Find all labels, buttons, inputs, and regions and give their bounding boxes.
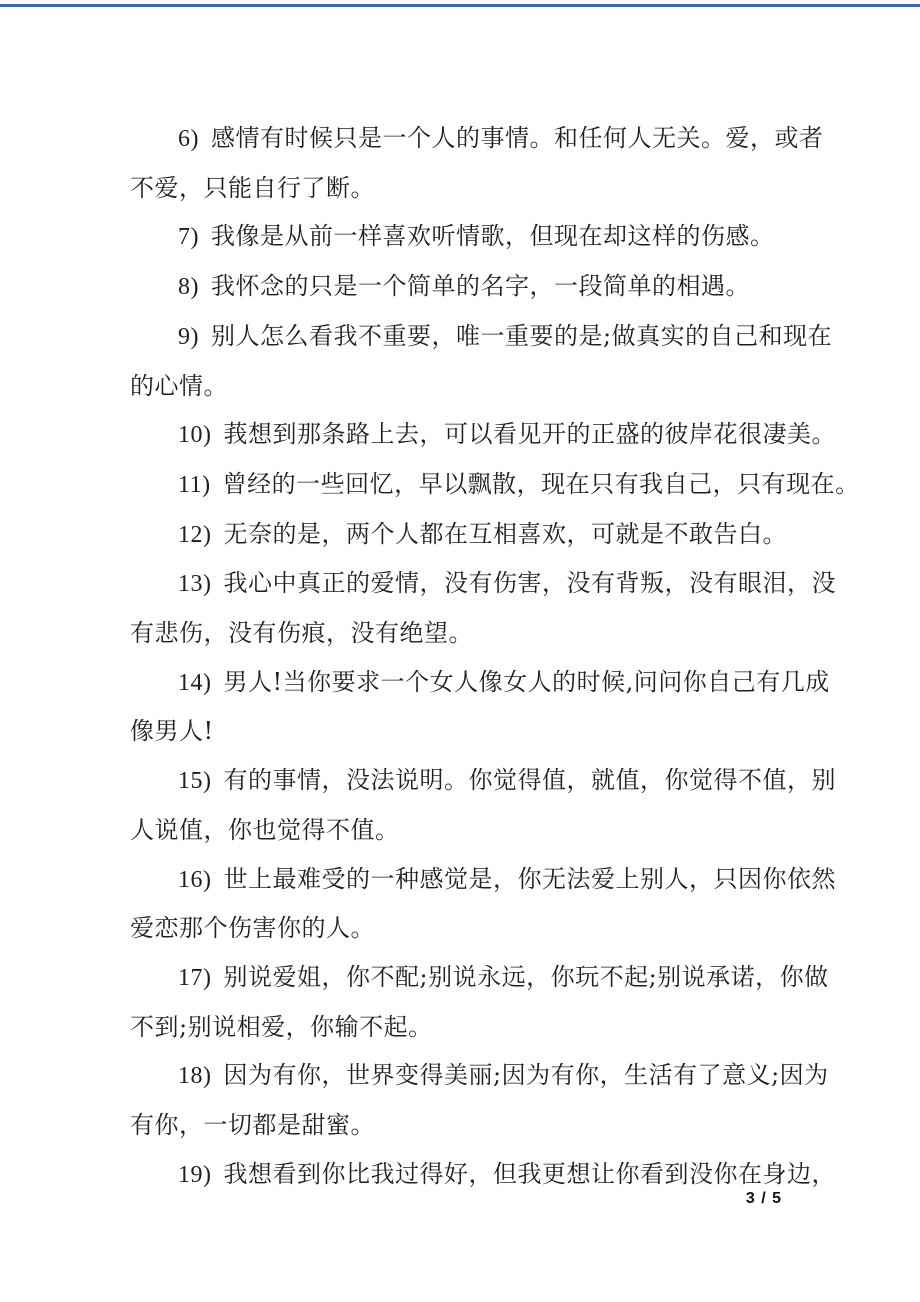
quote-number: 7) — [178, 213, 199, 262]
quote-line: 有悲伤，没有伤痕，没有绝望。 — [130, 609, 790, 658]
quote-text: 别说爱姐，你不配;别说永远，你玩不起;别说承诺，你做 — [224, 963, 829, 991]
quotes-list: 6)感情有时候只是一个人的事情。和任何人无关。爱，或者不爱，只能自行了断。7)我… — [130, 114, 790, 1199]
quote-number: 16) — [178, 856, 212, 905]
quote-text: 我心中真正的爱情，没有伤害，没有背叛，没有眼泪，没 — [224, 569, 837, 597]
quote-line: 的心情。 — [130, 362, 790, 411]
page-number: 3 / 5 — [746, 1190, 782, 1208]
quote-number: 19) — [178, 1151, 212, 1200]
quote-line: 14)男人!当你要求一个女人像女人的时候,问问你自己有几成 — [130, 658, 790, 708]
quote-text: 我怀念的只是一个简单的名字，一段简单的相遇。 — [211, 272, 750, 300]
quote-number: 9) — [178, 313, 199, 362]
quote-text: 因为有你，世界变得美丽;因为有你，生活有了意义;因为 — [224, 1061, 829, 1089]
quote-line: 10)莪想到那条路上去，可以看见开的正盛的彼岸花很凄美。 — [130, 410, 790, 460]
quote-text: 我像是从前一样喜欢听情歌，但现在却这样的伤感。 — [211, 222, 775, 250]
quote-line: 19)我想看到你比我过得好，但我更想让你看到没你在身边， — [130, 1150, 790, 1200]
quote-text: 世上最难受的一种感觉是，你无法爱上别人，只因你依然 — [224, 865, 837, 893]
quote-text: 莪想到那条路上去，可以看见开的正盛的彼岸花很凄美。 — [224, 420, 837, 448]
quote-number: 11) — [178, 461, 211, 510]
quote-line: 不爱，只能自行了断。 — [130, 164, 790, 213]
quote-line: 不到;别说相爱，你输不起。 — [130, 1003, 790, 1052]
quote-number: 6) — [178, 115, 199, 164]
quote-line: 16)世上最难受的一种感觉是，你无法爱上别人，只因你依然 — [130, 855, 790, 905]
quote-text: 有的事情，没法说明。你觉得值，就值，你觉得不值，别 — [224, 766, 837, 794]
quote-line: 有你，一切都是甜蜜。 — [130, 1101, 790, 1150]
quote-number: 8) — [178, 263, 199, 312]
quote-line: 11)曾经的一些回忆，早以飘散，现在只有我自己，只有现在。 — [130, 460, 790, 510]
quote-number: 10) — [178, 411, 212, 460]
top-border-line — [0, 4, 920, 7]
quote-line: 13)我心中真正的爱情，没有伤害，没有背叛，没有眼泪，没 — [130, 559, 790, 609]
quote-line: 像男人! — [130, 707, 790, 756]
quote-line: 17)别说爱姐，你不配;别说永远，你玩不起;别说承诺，你做 — [130, 953, 790, 1003]
quote-number: 14) — [178, 659, 212, 708]
quote-number: 17) — [178, 954, 212, 1003]
quote-text: 无奈的是，两个人都在互相喜欢，可就是不敢告白。 — [224, 520, 788, 548]
quote-line: 6)感情有时候只是一个人的事情。和任何人无关。爱，或者 — [130, 114, 790, 164]
quote-number: 13) — [178, 560, 212, 609]
quote-line: 8)我怀念的只是一个简单的名字，一段简单的相遇。 — [130, 262, 790, 312]
quote-line: 爱恋那个伤害你的人。 — [130, 904, 790, 953]
quote-text: 男人!当你要求一个女人像女人的时候,问问你自己有几成 — [224, 668, 830, 696]
quote-line: 人说值，你也觉得不值。 — [130, 806, 790, 855]
quote-line: 15)有的事情，没法说明。你觉得值，就值，你觉得不值，别 — [130, 756, 790, 806]
quote-number: 15) — [178, 757, 212, 806]
quote-text: 感情有时候只是一个人的事情。和任何人无关。爱，或者 — [211, 124, 824, 152]
quote-line: 18)因为有你，世界变得美丽;因为有你，生活有了意义;因为 — [130, 1051, 790, 1101]
quote-line: 9)别人怎么看我不重要，唯一重要的是;做真实的自己和现在 — [130, 312, 790, 362]
quote-line: 12)无奈的是，两个人都在互相喜欢，可就是不敢告白。 — [130, 510, 790, 560]
quote-number: 18) — [178, 1052, 212, 1101]
quote-number: 12) — [178, 511, 212, 560]
quote-text: 曾经的一些回忆，早以飘散，现在只有我自己，只有现在。 — [223, 470, 860, 498]
quote-text: 别人怎么看我不重要，唯一重要的是;做真实的自己和现在 — [211, 322, 832, 350]
quote-line: 7)我像是从前一样喜欢听情歌，但现在却这样的伤感。 — [130, 212, 790, 262]
quote-text: 我想看到你比我过得好，但我更想让你看到没你在身边， — [224, 1160, 837, 1188]
